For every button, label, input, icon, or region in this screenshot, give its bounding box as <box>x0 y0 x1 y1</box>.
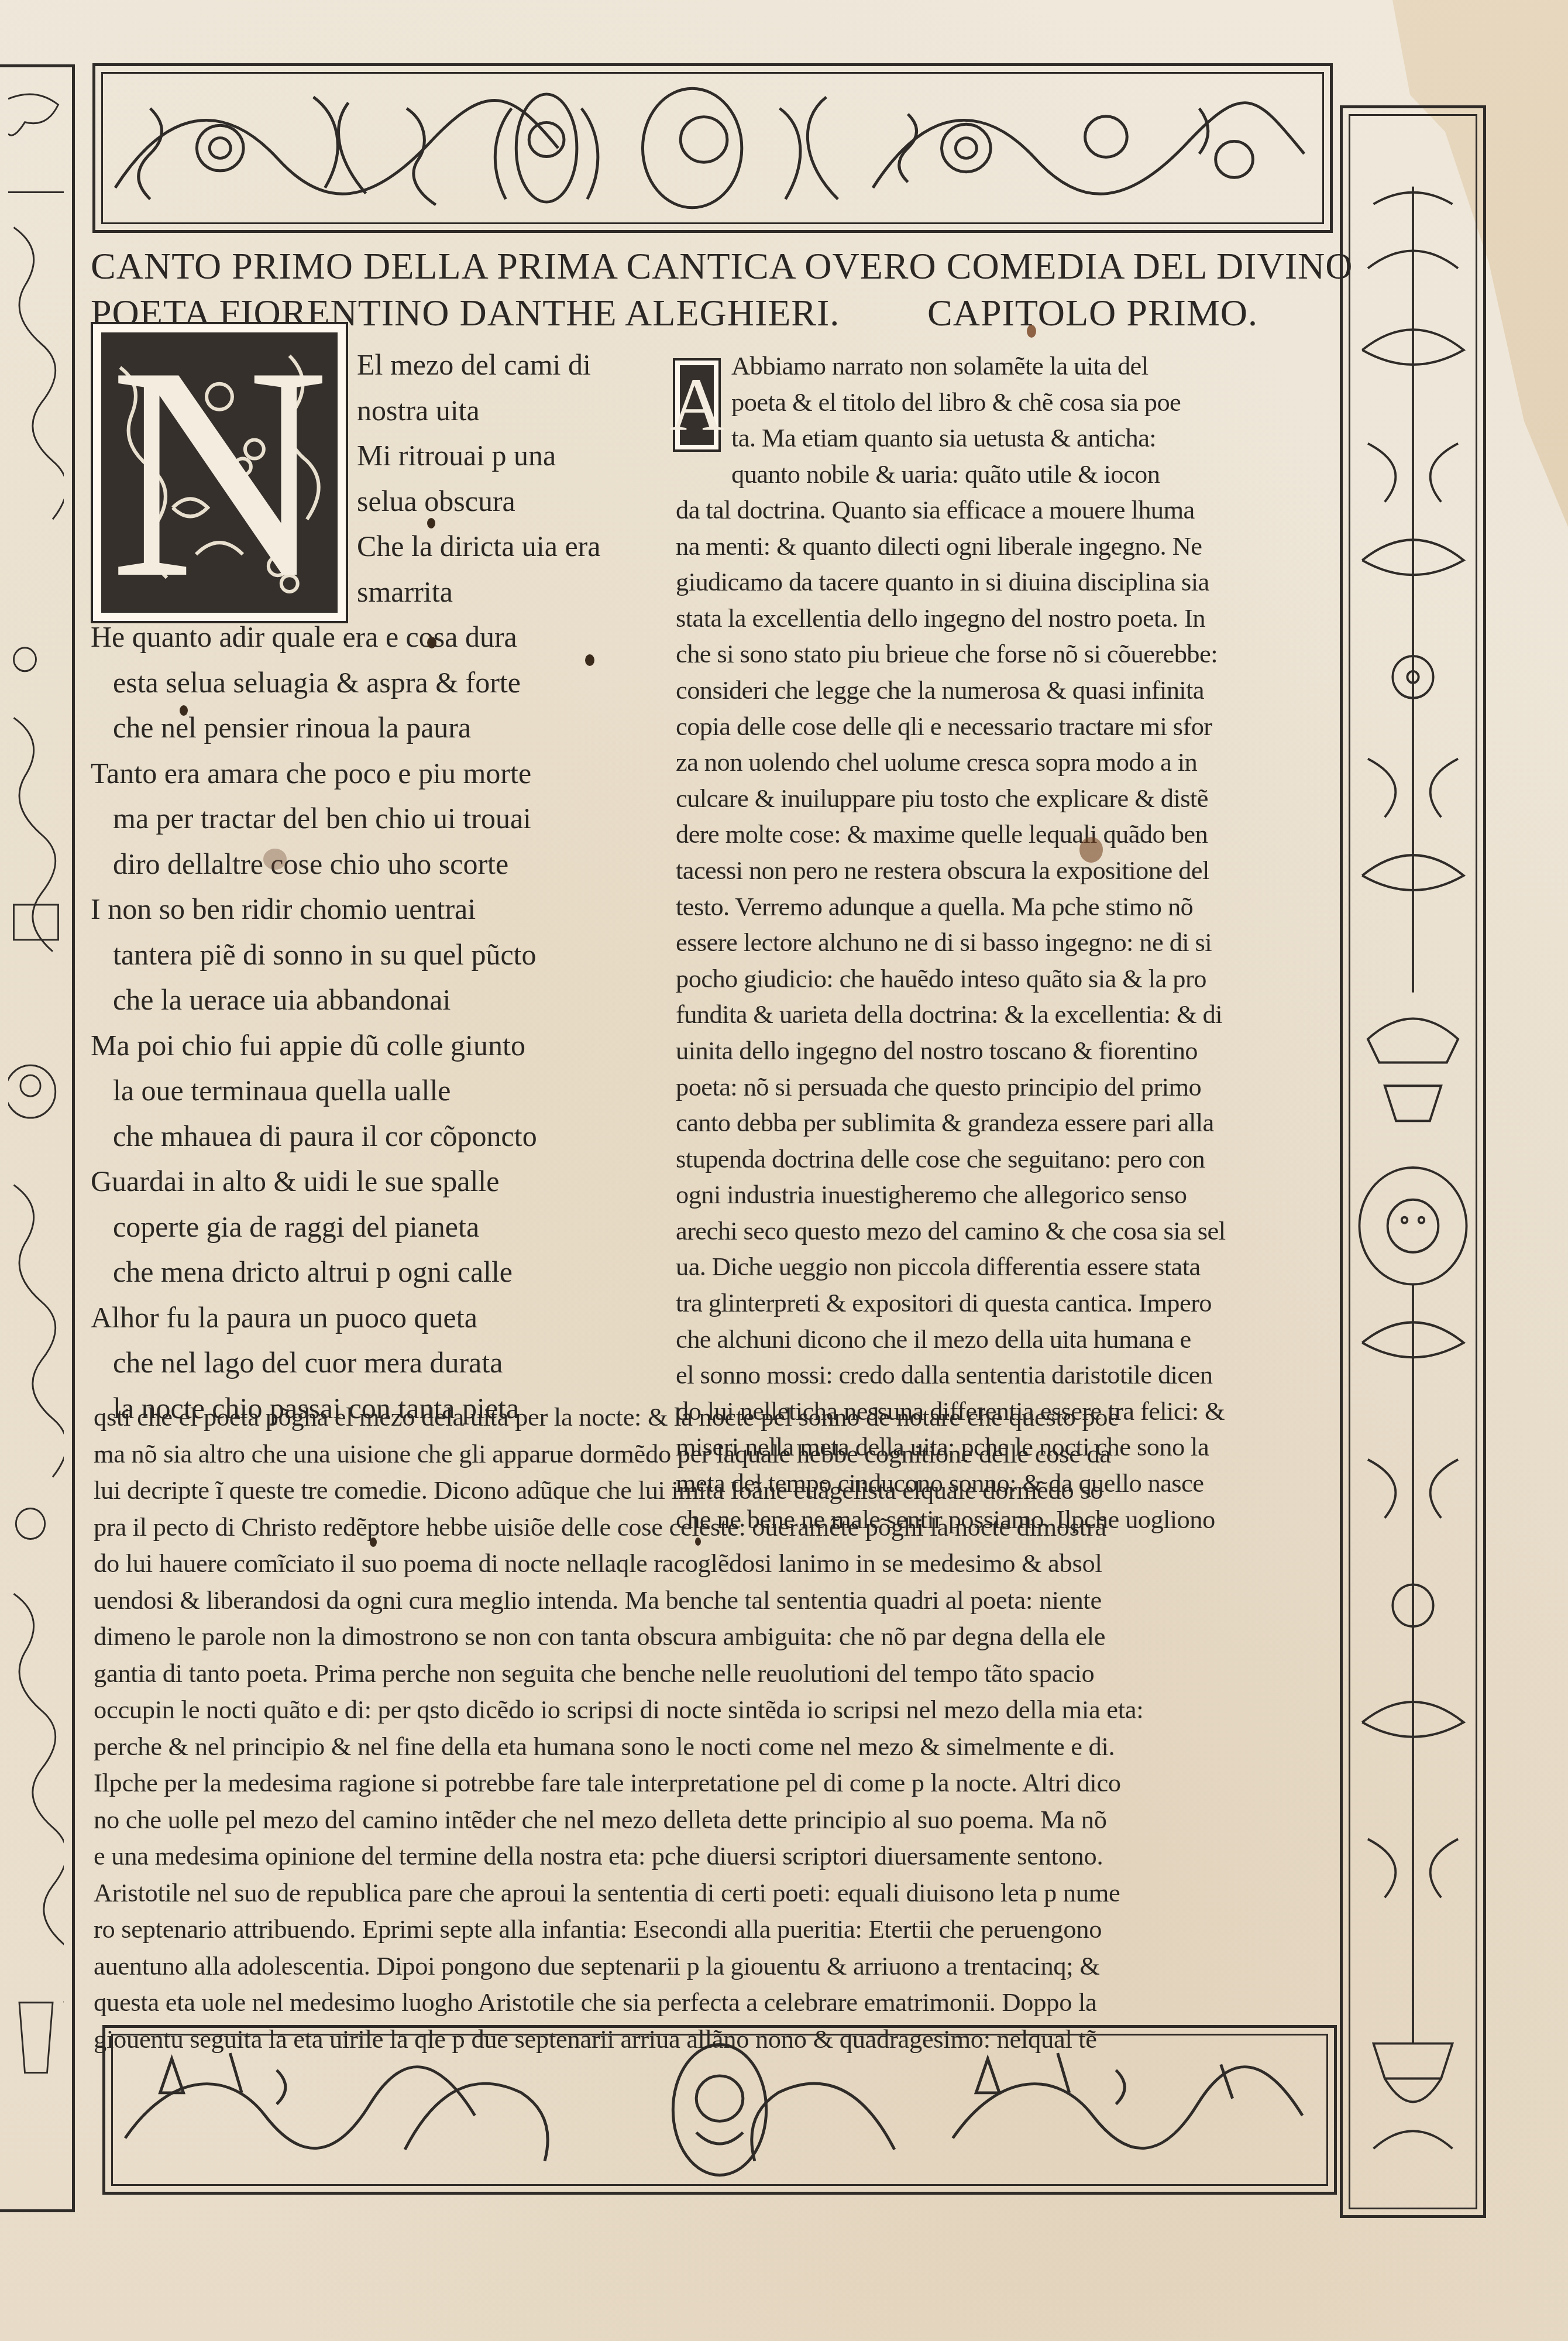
wormhole <box>427 637 436 648</box>
commentary-line: el sonno mossi: credo dalla sententia da… <box>676 1357 1225 1393</box>
heading-line-1: CANTO PRIMO DELLA PRIMA CANTICA OVERO CO… <box>91 243 1331 290</box>
commentary-line: auentuno alla adolescentia. Dipoi pongon… <box>94 1948 1143 1985</box>
top-woodcut-border <box>92 63 1333 233</box>
commentary-line: lui decripte ĩ queste tre comedie. Dicon… <box>94 1472 1143 1509</box>
commentary-line: gantia di tanto poeta. Prima perche non … <box>94 1655 1143 1692</box>
commentary-full-width: qsti che el poeta põgha el mezo dela uit… <box>94 1399 1143 2057</box>
commentary-line: no che uolle pel mezo del camino intẽder… <box>94 1801 1143 1838</box>
commentary-line: poeta: nõ si persuada che questo princip… <box>676 1069 1225 1106</box>
foliage-ornament-icon <box>104 74 1322 222</box>
initial-letter-a: A <box>680 365 714 445</box>
commentary-line: Aristotile nel suo de republica pare che… <box>94 1875 1143 1911</box>
verse-line: che nel lago del cuor mera durata <box>91 1340 537 1386</box>
verse-line: selua obscura <box>357 479 600 524</box>
commentary-line: poeta & el titolo del libro & chẽ cosa s… <box>731 385 1181 421</box>
commentary-line: giudicamo da tacere quanto in si diuina … <box>676 564 1225 600</box>
commentary-line: ua. Diche ueggio non piccola differentia… <box>676 1249 1225 1285</box>
commentary-line: do lui hauere comĩciato il suo poema di … <box>94 1545 1143 1582</box>
verse-line: coperte gia de raggi del pianeta <box>91 1204 537 1250</box>
commentary-line: stata la excellentia dello ingegno del n… <box>676 600 1225 637</box>
commentary-line: culcare & inuiluppare piu tosto che expl… <box>676 781 1225 817</box>
ink-stain <box>263 849 287 870</box>
foliage-background-icon: N <box>101 332 338 613</box>
left-woodcut-border <box>0 64 75 2212</box>
verse-line: ma per tractar del ben chio ui trouai <box>91 796 537 842</box>
verse-line: Tanto era amara che poco e piu morte <box>91 751 537 797</box>
commentary-line: uendosi & liberandosi da ogni cura megli… <box>94 1582 1143 1619</box>
verse-line: Che la diricta uia era <box>357 524 600 569</box>
initial-letter-n: N <box>101 332 338 613</box>
commentary-line: che alchuni dicono che il mezo della uit… <box>676 1321 1225 1358</box>
verse-line: Ma poi chio fui appie dũ colle giunto <box>91 1023 537 1069</box>
wormhole <box>427 518 435 528</box>
ink-stain <box>1079 837 1103 863</box>
wormhole <box>180 705 188 716</box>
verse-line: che la uerace uia abbandonai <box>91 977 537 1023</box>
commentary-line: qsti che el poeta põgha el mezo dela uit… <box>94 1399 1143 1436</box>
commentary-line: pocho giudicio: che hauẽdo inteso quãto … <box>676 961 1225 997</box>
verse-line: Alhor fu la paura un puoco queta <box>91 1295 537 1341</box>
commentary-line: dimeno le parole non la dimostrono se no… <box>94 1618 1143 1655</box>
verse-tercets: He quanto adir quale era e cosa dura est… <box>91 615 537 1431</box>
commentary-line: testo. Verremo adunque a quella. Ma pche… <box>676 889 1225 925</box>
commentary-line: tra glinterpreti & expositori di questa … <box>676 1285 1225 1321</box>
verse-line: He quanto adir quale era e cosa dura <box>91 615 537 660</box>
column-ornament-icon <box>1351 116 1475 2207</box>
chapter-label: CAPITOLO PRIMO. <box>927 290 1258 337</box>
commentary-line: Ilpche per la medesima ragione si potreb… <box>94 1765 1143 1801</box>
commentary-line: perche & nel principio & nel fine della … <box>94 1728 1143 1765</box>
verse-line: nostra uita <box>357 388 600 434</box>
commentary-line: giouentu seguita la eta uirile la qle p … <box>94 2021 1143 2058</box>
commentary-line: ta. Ma etiam quanto sia uetusta & antich… <box>731 420 1181 456</box>
commentary-line: canto debba per sublimita & grandeza ess… <box>676 1105 1225 1141</box>
column-ornament-icon <box>8 75 64 2201</box>
verse-line: che mhauea di paura il cor cõponcto <box>91 1114 537 1159</box>
verse-line: I non so ben ridir chomio uentrai <box>91 887 537 932</box>
verse-line: la oue terminaua quella ualle <box>91 1068 537 1114</box>
right-woodcut-border <box>1340 105 1486 2218</box>
wormhole <box>695 1537 701 1546</box>
commentary-line: tacessi non pero ne restera obscura la e… <box>676 853 1225 889</box>
commentary-line: ro septenario attribuendo. Eprimi septe … <box>94 1911 1143 1948</box>
foliage-background-icon: A <box>680 365 714 445</box>
commentary-line: za non uolendo chel uolume cresca sopra … <box>676 744 1225 781</box>
commentary-line: che si sono stato piu brieue che forse n… <box>676 636 1225 672</box>
decorated-initial-a: A <box>673 358 721 452</box>
commentary-line: copia delle cose delle qli e necessario … <box>676 709 1225 745</box>
verse-opening-lines: El mezo del cami di nostra uita Mi ritro… <box>357 342 600 615</box>
verse-line: esta selua seluagia & aspra & forte <box>91 660 537 706</box>
commentary-line: uinita dello ingegno del nostro toscano … <box>676 1033 1225 1069</box>
wormhole <box>370 1537 377 1547</box>
verse-line: Mi ritrouai p una <box>357 433 600 479</box>
commentary-line: e una medesima opinione del termine dell… <box>94 1838 1143 1875</box>
foliage-ornament-icon <box>114 2036 1326 2184</box>
verse-line: El mezo del cami di <box>357 342 600 388</box>
commentary-line: questa eta uole nel medesimo luogho Aris… <box>94 1984 1143 2021</box>
commentary-line: stupenda doctrina delle cose che seguita… <box>676 1141 1225 1178</box>
commentary-line: da tal doctrina. Quanto sia efficace a m… <box>676 492 1225 528</box>
verse-line: Guardai in alto & uidi le sue spalle <box>91 1159 537 1204</box>
commentary-line: pra il pecto di Christo redẽptore hebbe … <box>94 1509 1143 1546</box>
commentary-right-column: da tal doctrina. Quanto sia efficace a m… <box>676 492 1225 1537</box>
verse-line: che nel pensier rinoua la paura <box>91 705 537 751</box>
verse-line: smarrita <box>357 569 600 615</box>
decorated-initial-n: N <box>91 322 348 623</box>
commentary-line: occupin le nocti quãto e di: per qsto di… <box>94 1691 1143 1728</box>
commentary-line: arechi seco questo mezo del camino & che… <box>676 1213 1225 1250</box>
book-page: CANTO PRIMO DELLA PRIMA CANTICA OVERO CO… <box>0 0 1568 2341</box>
commentary-line: ma nõ sia altro che una uisione che gli … <box>94 1436 1143 1472</box>
verse-line: che mena dricto altrui p ogni calle <box>91 1250 537 1295</box>
commentary-line: quanto nobile & uaria: quãto utile & ioc… <box>731 456 1181 493</box>
commentary-line: consideri che legge che la numerosa & qu… <box>676 672 1225 709</box>
verse-line: diro dellaltre cose chio uho scorte <box>91 842 537 887</box>
commentary-line: dere molte cose: & maxime quelle lequali… <box>676 816 1225 853</box>
commentary-line: ogni industria inuestigheremo che allego… <box>676 1177 1225 1213</box>
ink-stain <box>1027 325 1036 338</box>
wormhole <box>585 654 594 666</box>
commentary-opening: Abbiamo narrato non solamẽte la uita del… <box>731 348 1181 492</box>
commentary-line: fundita & uarieta della doctrina: & la e… <box>676 997 1225 1033</box>
commentary-line: Abbiamo narrato non solamẽte la uita del <box>731 348 1181 385</box>
commentary-line: na menti: & quanto dilecti ogni liberale… <box>676 528 1225 565</box>
commentary-line: essere lectore alchuno ne di si basso in… <box>676 925 1225 961</box>
verse-line: tantera piẽ di sonno in su quel pũcto <box>91 932 537 978</box>
